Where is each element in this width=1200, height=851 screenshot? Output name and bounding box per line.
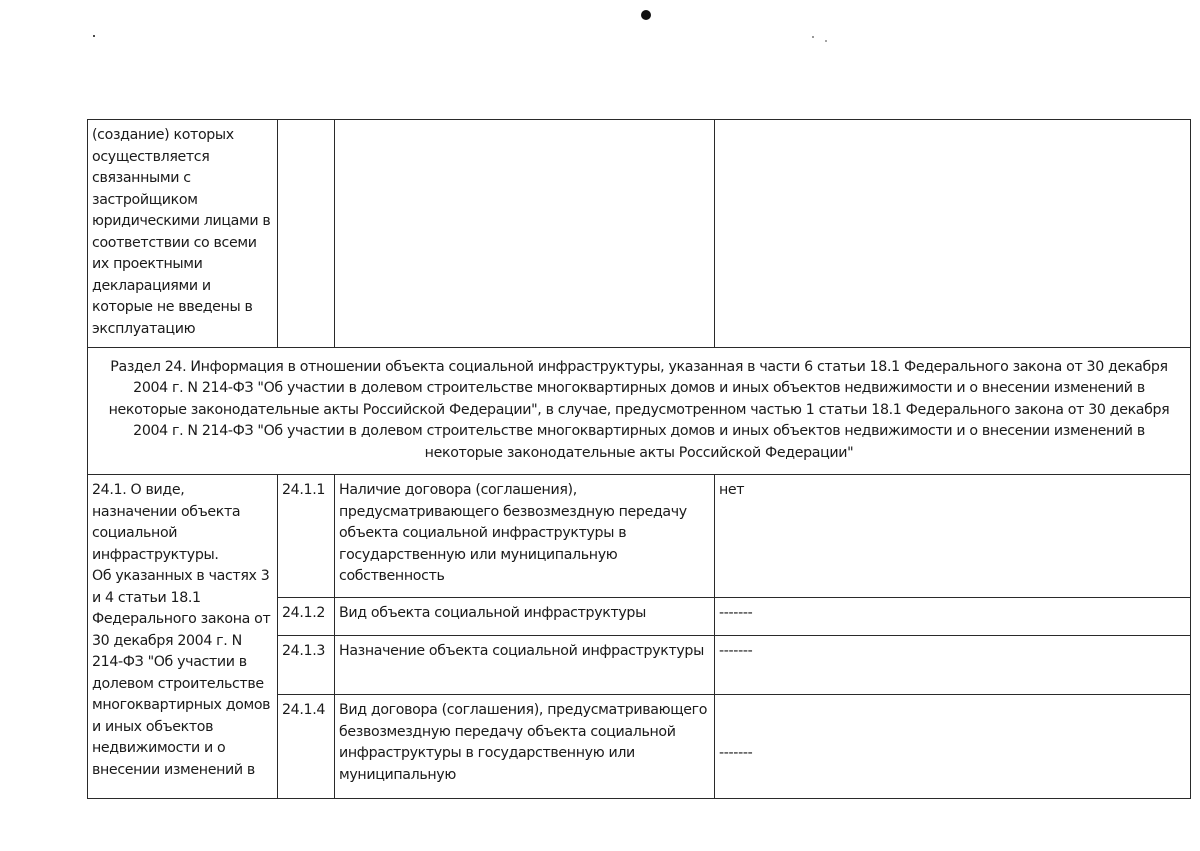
row-description: Назначение объекта социальной инфраструк… [335, 636, 715, 695]
row-number: 24.1.4 [278, 695, 335, 799]
scan-speck [641, 10, 651, 20]
row-number: 24.1.1 [278, 475, 335, 598]
group-label: 24.1. О виде, назначении объекта социаль… [88, 475, 278, 799]
row-label: (создание) которых осуществляется связан… [88, 120, 278, 348]
row-value-text: ------- [719, 700, 1184, 765]
row-description: Вид объекта социальной инфраструктуры [335, 598, 715, 636]
row-value [715, 120, 1191, 348]
row-number [278, 120, 335, 348]
row-description: Наличие договора (соглашения), предусмат… [335, 475, 715, 598]
row-value: нет [715, 475, 1191, 598]
row-value: ------- [715, 598, 1191, 636]
scan-speck [825, 40, 827, 42]
row-number: 24.1.2 [278, 598, 335, 636]
row-description [335, 120, 715, 348]
table-row: 24.1. О виде, назначении объекта социаль… [88, 475, 1191, 598]
row-description: Вид договора (соглашения), предусматрива… [335, 695, 715, 799]
row-value: ------- [715, 636, 1191, 695]
row-number: 24.1.3 [278, 636, 335, 695]
scan-speck [812, 36, 814, 38]
table-row-continuation: (создание) которых осуществляется связан… [88, 120, 1191, 348]
section-header-24: Раздел 24. Информация в отношении объект… [88, 348, 1191, 475]
section-title: Раздел 24. Информация в отношении объект… [88, 348, 1191, 475]
declaration-table: (создание) которых осуществляется связан… [87, 119, 1191, 799]
row-value: ------- [715, 695, 1191, 799]
scan-speck [93, 35, 95, 37]
